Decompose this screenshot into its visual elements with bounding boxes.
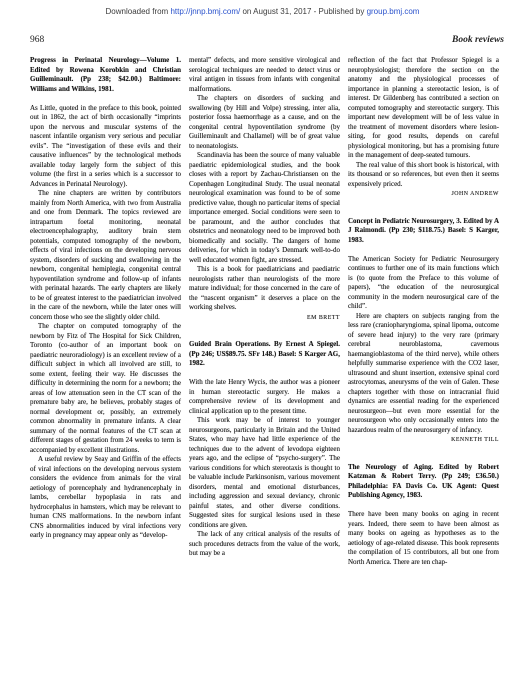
review-heading-pediatric-neurosurgery: Concept in Pediatric Neurosurgery, 3. Ed… xyxy=(348,217,499,246)
column-2: mental” defects, and more sensitive viro… xyxy=(189,56,340,567)
review-paragraph: The chapters on disorders of sucking and… xyxy=(189,94,340,151)
reviewer-signature: EM BRETT xyxy=(189,314,340,324)
banner-text-prefix: Downloaded from xyxy=(106,7,171,16)
review-paragraph: The American Society for Pediatric Neuro… xyxy=(348,255,499,312)
reviewer-signature: KENNETH TILL xyxy=(348,436,499,446)
section-title: Book reviews xyxy=(452,35,504,45)
review-paragraph: reflection of the fact that Professor Sp… xyxy=(348,56,499,161)
review-paragraph: This is a book for paediatricians and pa… xyxy=(189,265,340,313)
review-paragraph: mental” defects, and more sensitive viro… xyxy=(189,56,340,94)
review-paragraph: The lack of any critical analysis of the… xyxy=(189,530,340,559)
column-3: reflection of the fact that Professor Sp… xyxy=(348,56,499,567)
review-paragraph: This work may be of interest to younger … xyxy=(189,416,340,530)
book-reviews-content: Progress in Perinatal Neurology—Volume 1… xyxy=(30,56,499,567)
column-1: Progress in Perinatal Neurology—Volume 1… xyxy=(30,56,181,567)
review-paragraph: With the late Henry Wycis, the author wa… xyxy=(189,378,340,416)
review-paragraph: The nine chapters are written by contrib… xyxy=(30,189,181,322)
page-number: 968 xyxy=(30,35,44,45)
review-paragraph: As Little, quoted in the preface to this… xyxy=(30,104,181,190)
review-paragraph: The real value of this short book is his… xyxy=(348,161,499,190)
page-header: 968 Book reviews xyxy=(30,35,504,45)
review-paragraph: A useful review by Seay and Griffin of t… xyxy=(30,455,181,541)
reviewer-signature: JOHN ANDREW xyxy=(348,190,499,200)
review-paragraph: Here are chapters on subjects ranging fr… xyxy=(348,312,499,436)
review-heading-guided-brain-operations: Guided Brain Operations. By Ernest A Spi… xyxy=(189,340,340,369)
banner-link-jnnp[interactable]: http://jnnp.bmj.com/ xyxy=(170,7,240,16)
banner-text-middle: on August 31, 2017 - Published by xyxy=(240,7,366,16)
review-paragraph: Scandinavia has been the source of many … xyxy=(189,151,340,265)
review-heading-perinatal-neurology: Progress in Perinatal Neurology—Volume 1… xyxy=(30,56,181,94)
banner-link-group[interactable]: group.bmj.com xyxy=(367,7,420,16)
review-heading-neurology-of-aging: The Neurology of Aging. Edited by Robert… xyxy=(348,463,499,501)
download-banner: Downloaded from http://jnnp.bmj.com/ on … xyxy=(0,7,525,16)
review-paragraph: There have been many books on aging in r… xyxy=(348,510,499,567)
review-paragraph: The chapter on computed tomography of th… xyxy=(30,322,181,455)
